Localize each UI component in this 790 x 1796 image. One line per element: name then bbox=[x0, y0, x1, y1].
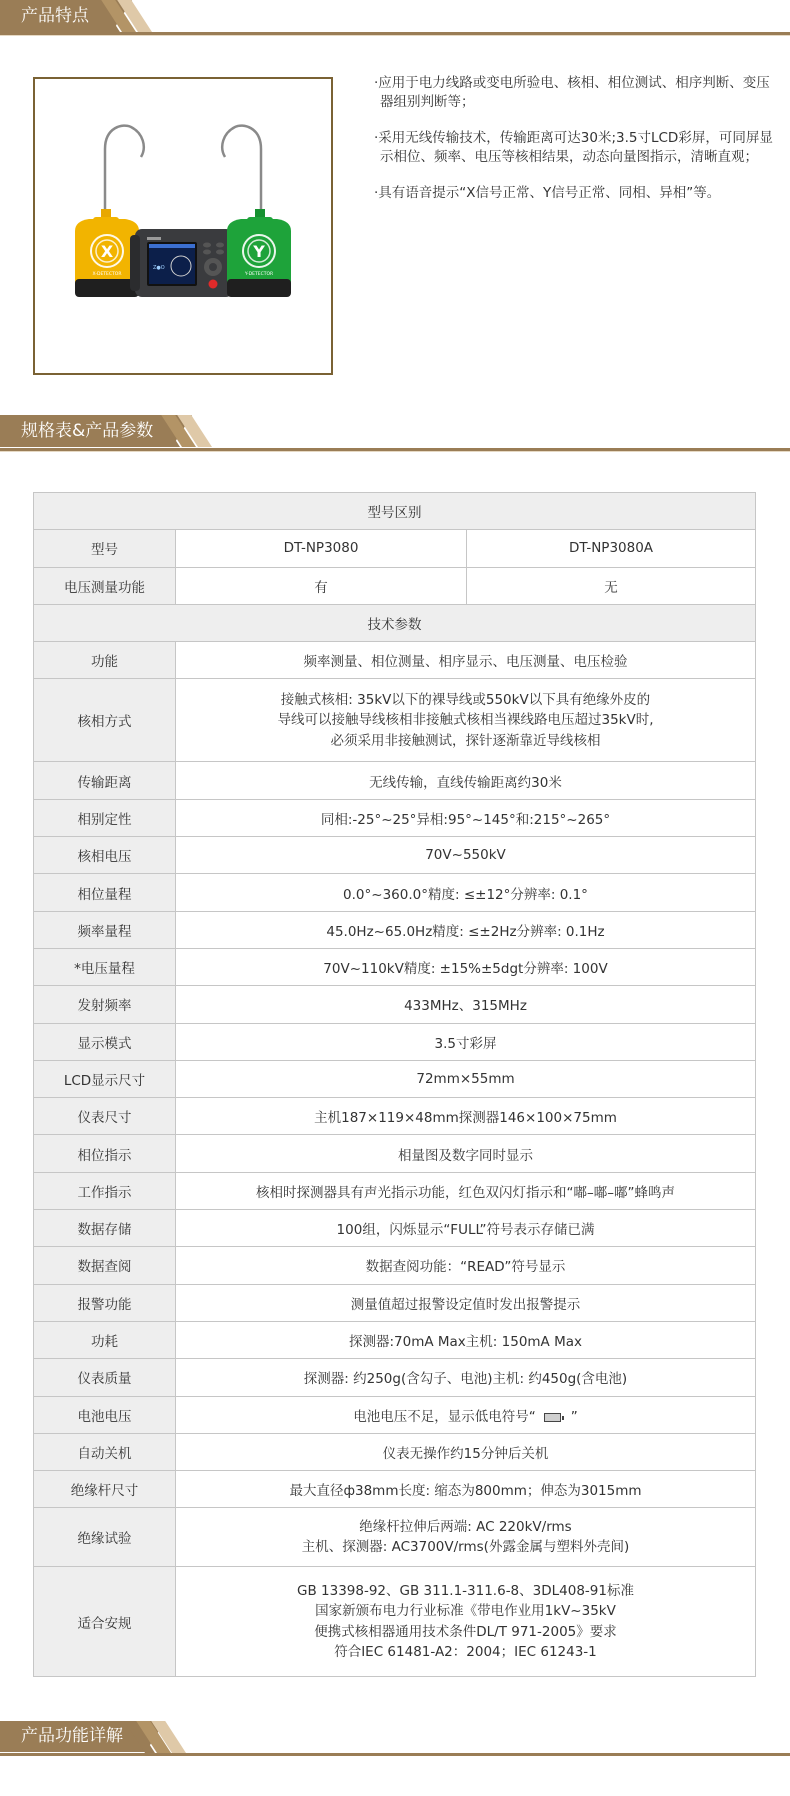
row-value: 主机187×119×48mm探测器146×100×75mm bbox=[176, 1098, 756, 1135]
row-label: 适合安规 bbox=[34, 1567, 176, 1677]
row-label: LCD显示尺寸 bbox=[34, 1060, 176, 1097]
section-title: 规格表&产品参数 bbox=[0, 415, 172, 447]
value-text: 电池电压不足，显示低电符号“ bbox=[353, 1409, 536, 1425]
row-label: 显示模式 bbox=[34, 1023, 176, 1060]
row-value: 72mm×55mm bbox=[176, 1060, 756, 1097]
table-row: 显示模式3.5寸彩屏 bbox=[34, 1023, 756, 1060]
table-row: 绝缘试验绝缘杆拉伸后两端: AC 220kV/rms主机、探测器: AC3700… bbox=[34, 1508, 756, 1567]
spec-table: 型号区别 型号 DT-NP3080 DT-NP3080A 电压测量功能 有 无 … bbox=[33, 492, 756, 1677]
row-label: 报警功能 bbox=[34, 1284, 176, 1321]
table-row: 相位指示相量图及数字同时显示 bbox=[34, 1135, 756, 1172]
row-label: 绝缘杆尺寸 bbox=[34, 1471, 176, 1508]
table-row: 相位量程0.0°~360.0°精度: ≤±12°分辨率: 0.1° bbox=[34, 874, 756, 911]
table-row: 核相方式接触式核相: 35kV以下的裸导线或550kV以下具有绝缘外皮的导线可以… bbox=[34, 679, 756, 762]
table-row: 自动关机仪表无操作约15分钟后关机 bbox=[34, 1433, 756, 1470]
row-value: 频率测量、相位测量、相序显示、电压测量、电压检验 bbox=[176, 642, 756, 679]
low-battery-icon bbox=[544, 1413, 561, 1422]
feature-item: ·具有语音提示“X信号正常、Y信号正常、同相、异相”等。 bbox=[374, 184, 774, 203]
svg-text:Y-DETECTOR: Y-DETECTOR bbox=[244, 271, 273, 277]
row-value: 相量图及数字同时显示 bbox=[176, 1135, 756, 1172]
feature-item: ·应用于电力线路或变电所验电、核相、相位测试、相序判断、变压器组别判断等； bbox=[374, 74, 774, 111]
table-row: 型号 DT-NP3080 DT-NP3080A bbox=[34, 530, 756, 567]
table-row: 核相电压70V~550kV bbox=[34, 837, 756, 874]
section-divider bbox=[0, 1753, 790, 1756]
table-row: 数据存储100组，闪烁显示“FULL”符号表示存储已满 bbox=[34, 1210, 756, 1247]
row-label: 传输距离 bbox=[34, 762, 176, 799]
section-title: 产品功能详解 bbox=[0, 1721, 145, 1752]
table-row: 功能频率测量、相位测量、相序显示、电压测量、电压检验 bbox=[34, 642, 756, 679]
svg-text:Z●O: Z●O bbox=[153, 265, 165, 271]
row-value: 绝缘杆拉伸后两端: AC 220kV/rms主机、探测器: AC3700V/rm… bbox=[176, 1508, 756, 1567]
row-value: GB 13398-92、GB 311.1-311.6-8、3DL408-91标准… bbox=[176, 1567, 756, 1677]
row-label: 相位量程 bbox=[34, 874, 176, 911]
row-label: 功耗 bbox=[34, 1321, 176, 1358]
y-detector-label: Y bbox=[252, 242, 265, 261]
row-value: 70V~110kV精度: ±15%±5dgt分辨率: 100V bbox=[176, 948, 756, 985]
voltage-func-value: 无 bbox=[467, 567, 756, 604]
row-label: 核相方式 bbox=[34, 679, 176, 762]
row-label: 核相电压 bbox=[34, 837, 176, 874]
row-label: 型号 bbox=[34, 530, 176, 567]
value-line: 符合IEC 61481-A2：2004；IEC 61243-1 bbox=[182, 1642, 749, 1663]
row-value: 电池电压不足，显示低电符号“” bbox=[176, 1396, 756, 1433]
table-row: 工作指示核相时探测器具有声光指示功能，红色双闪灯指示和“嘟–嘟–嘟”蜂鸣声 bbox=[34, 1172, 756, 1209]
table-row: 电压测量功能 有 无 bbox=[34, 567, 756, 604]
svg-text:X-DETECTOR: X-DETECTOR bbox=[93, 271, 122, 277]
row-value: 同相:-25°~25°异相:95°~145°和:215°~265° bbox=[176, 799, 756, 836]
row-label: 数据查阅 bbox=[34, 1247, 176, 1284]
voltage-func-value: 有 bbox=[176, 567, 467, 604]
row-label: 自动关机 bbox=[34, 1433, 176, 1470]
table-row: 发射频率433MHz、315MHz bbox=[34, 986, 756, 1023]
row-label: 绝缘试验 bbox=[34, 1508, 176, 1567]
value-text: ” bbox=[571, 1409, 578, 1425]
group-title-tech: 技术参数 bbox=[34, 604, 756, 641]
row-label: 发射频率 bbox=[34, 986, 176, 1023]
row-value: 探测器: 约250g(含勾子、电池)主机: 约450g(含电池) bbox=[176, 1359, 756, 1396]
table-row: 相别定性同相:-25°~25°异相:95°~145°和:215°~265° bbox=[34, 799, 756, 836]
product-image: X X-DETECTOR Z●O Y Y-DETECTOR bbox=[33, 77, 333, 375]
group-title-models: 型号区别 bbox=[34, 493, 756, 530]
value-line: 国家新颁布电力行业标准《带电作业用1kV~35kV bbox=[182, 1601, 749, 1622]
x-detector-label: X bbox=[101, 242, 114, 261]
section-header-features: 产品特点 bbox=[0, 0, 790, 40]
row-value: 无线传输，直线传输距离约30米 bbox=[176, 762, 756, 799]
table-row: 传输距离无线传输，直线传输距离约30米 bbox=[34, 762, 756, 799]
row-label: *电压量程 bbox=[34, 948, 176, 985]
row-value: 433MHz、315MHz bbox=[176, 986, 756, 1023]
row-value: 数据查阅功能：“READ”符号显示 bbox=[176, 1247, 756, 1284]
row-label: 相位指示 bbox=[34, 1135, 176, 1172]
row-label: 仪表尺寸 bbox=[34, 1098, 176, 1135]
row-label: 仪表质量 bbox=[34, 1359, 176, 1396]
table-row: 绝缘杆尺寸最大直径ф38mm长度: 缩态为800mm；伸态为3015mm bbox=[34, 1471, 756, 1508]
table-row: 功耗探测器:70mA Max主机: 150mA Max bbox=[34, 1321, 756, 1358]
value-line: 接触式核相: 35kV以下的裸导线或550kV以下具有绝缘外皮的 bbox=[182, 690, 749, 711]
row-label: 功能 bbox=[34, 642, 176, 679]
row-value: 45.0Hz~65.0Hz精度: ≤±2Hz分辨率: 0.1Hz bbox=[176, 911, 756, 948]
value-line: 主机、探测器: AC3700V/rms(外露金属与塑料外壳间) bbox=[182, 1537, 749, 1558]
row-value: 测量值超过报警设定值时发出报警提示 bbox=[176, 1284, 756, 1321]
row-value: 100组，闪烁显示“FULL”符号表示存储已满 bbox=[176, 1210, 756, 1247]
table-row: 电池电压电池电压不足，显示低电符号“” bbox=[34, 1396, 756, 1433]
table-row: 频率量程45.0Hz~65.0Hz精度: ≤±2Hz分辨率: 0.1Hz bbox=[34, 911, 756, 948]
value-line: 导线可以接触导线核相非接触式核相当裸线路电压超过35kV时, bbox=[182, 710, 749, 731]
row-label: 工作指示 bbox=[34, 1172, 176, 1209]
row-value: 最大直径ф38mm长度: 缩态为800mm；伸态为3015mm bbox=[176, 1471, 756, 1508]
table-row: LCD显示尺寸72mm×55mm bbox=[34, 1060, 756, 1097]
row-value: 接触式核相: 35kV以下的裸导线或550kV以下具有绝缘外皮的导线可以接触导线… bbox=[176, 679, 756, 762]
row-value: 3.5寸彩屏 bbox=[176, 1023, 756, 1060]
value-line: 便携式核相器通用技术条件DL/T 971-2005》要求 bbox=[182, 1622, 749, 1643]
product-illustration: X X-DETECTOR Z●O Y Y-DETECTOR bbox=[35, 79, 331, 373]
row-value: 仪表无操作约15分钟后关机 bbox=[176, 1433, 756, 1470]
value-line: GB 13398-92、GB 311.1-311.6-8、3DL408-91标准 bbox=[182, 1581, 749, 1602]
row-value: 探测器:70mA Max主机: 150mA Max bbox=[176, 1321, 756, 1358]
section-divider-shadow bbox=[0, 451, 790, 452]
model-value: DT-NP3080A bbox=[467, 530, 756, 567]
table-row: 数据查阅数据查阅功能：“READ”符号显示 bbox=[34, 1247, 756, 1284]
row-label: 电压测量功能 bbox=[34, 567, 176, 604]
feature-item: ·采用无线传输技术，传输距离可达30米;3.5寸LCD彩屏，可同屏显示相位、频率… bbox=[374, 129, 774, 166]
section-header-details: 产品功能详解 bbox=[0, 1721, 790, 1761]
row-label: 数据存储 bbox=[34, 1210, 176, 1247]
table-row: 报警功能测量值超过报警设定值时发出报警提示 bbox=[34, 1284, 756, 1321]
table-row: *电压量程70V~110kV精度: ±15%±5dgt分辨率: 100V bbox=[34, 948, 756, 985]
row-label: 频率量程 bbox=[34, 911, 176, 948]
table-row: 仪表尺寸主机187×119×48mm探测器146×100×75mm bbox=[34, 1098, 756, 1135]
model-value: DT-NP3080 bbox=[176, 530, 467, 567]
row-label: 电池电压 bbox=[34, 1396, 176, 1433]
row-value: 0.0°~360.0°精度: ≤±12°分辨率: 0.1° bbox=[176, 874, 756, 911]
table-group-row: 技术参数 bbox=[34, 604, 756, 641]
section-divider-shadow bbox=[0, 35, 790, 36]
row-label: 相别定性 bbox=[34, 799, 176, 836]
section-header-specs: 规格表&产品参数 bbox=[0, 415, 790, 455]
table-row: 适合安规GB 13398-92、GB 311.1-311.6-8、3DL408-… bbox=[34, 1567, 756, 1677]
table-group-row: 型号区别 bbox=[34, 493, 756, 530]
row-value: 核相时探测器具有声光指示功能，红色双闪灯指示和“嘟–嘟–嘟”蜂鸣声 bbox=[176, 1172, 756, 1209]
value-line: 必须采用非接触测试，探针逐渐靠近导线核相 bbox=[182, 731, 749, 752]
row-value: 70V~550kV bbox=[176, 837, 756, 874]
value-line: 绝缘杆拉伸后两端: AC 220kV/rms bbox=[182, 1517, 749, 1538]
feature-list: ·应用于电力线路或变电所验电、核相、相位测试、相序判断、变压器组别判断等； ·采… bbox=[374, 74, 774, 221]
table-row: 仪表质量探测器: 约250g(含勾子、电池)主机: 约450g(含电池) bbox=[34, 1359, 756, 1396]
